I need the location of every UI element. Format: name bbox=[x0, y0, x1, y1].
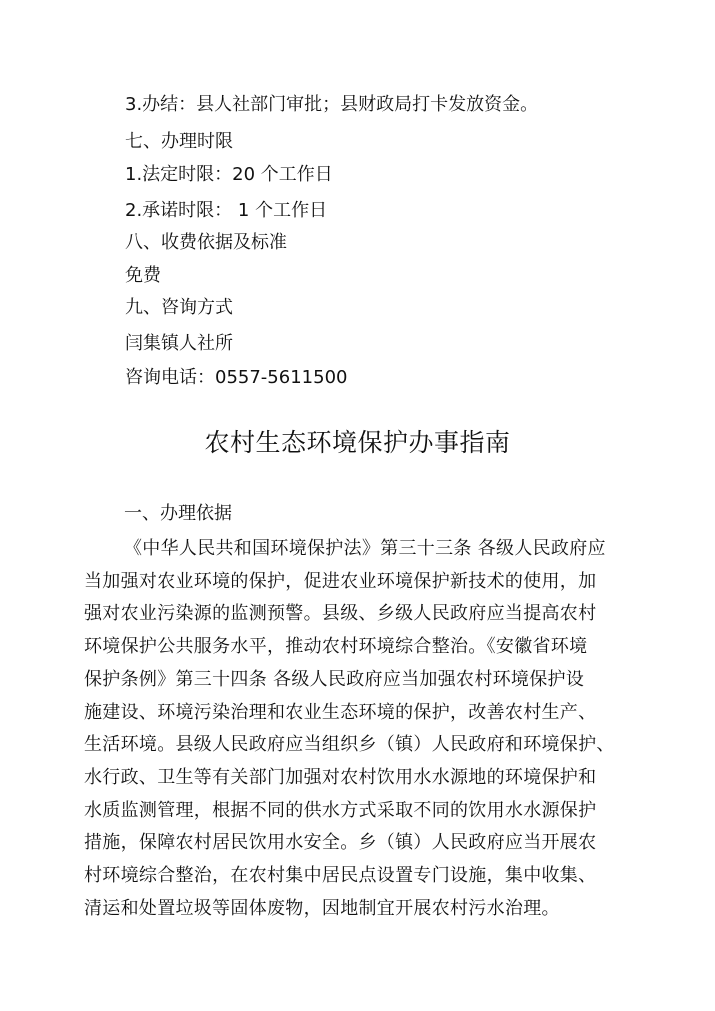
promised-time-limit: 2.承诺时限： 1 个工作日 bbox=[125, 200, 327, 222]
paragraph-line: 措施，保障农村居民饮用水安全。乡（镇）人民政府应当开展农 bbox=[84, 827, 632, 860]
paragraph-line: 施建设、环境污染治理和农业生态环境的保护，改善农村生产、 bbox=[84, 697, 632, 730]
paragraph-line: 生活环境。县级人民政府应当组织乡（镇）人民政府和环境保护、 bbox=[84, 729, 632, 762]
fee-text: 免费 bbox=[125, 265, 161, 287]
guide-title: 农村生态环境保护办事指南 bbox=[0, 428, 715, 458]
paragraph-line: 环境保护公共服务水平，推动农村环境综合整治。《安徽省环境 bbox=[84, 631, 632, 664]
legal-time-limit: 1.法定时限：20 个工作日 bbox=[125, 164, 333, 186]
paragraph-line: 强对农业污染源的监测预警。县级、乡级人民政府应当提高农村 bbox=[84, 598, 632, 631]
section-1-heading: 一、办理依据 bbox=[124, 503, 232, 525]
section-7-heading: 七、办理时限 bbox=[125, 131, 233, 153]
paragraph-line: 当加强对农业环境的保护，促进农业环境保护新技术的使用，加 bbox=[84, 566, 632, 599]
section-9-heading: 九、咨询方式 bbox=[125, 297, 233, 319]
section-8-heading: 八、收费依据及标准 bbox=[125, 232, 287, 254]
paragraph-line: 《中华人民共和国环境保护法》第三十三条 各级人民政府应 bbox=[84, 533, 632, 566]
paragraph-line: 水行政、卫生等有关部门加强对农村饮用水水源地的环境保护和 bbox=[84, 762, 632, 795]
basis-paragraph: 《中华人民共和国环境保护法》第三十三条 各级人民政府应 当加强对农业环境的保护，… bbox=[84, 533, 632, 925]
consult-phone: 咨询电话：0557-5611500 bbox=[125, 367, 347, 389]
office-name: 闫集镇人社所 bbox=[125, 333, 233, 355]
step-3-text: 3.办结：县人社部门审批；县财政局打卡发放资金。 bbox=[125, 94, 538, 116]
paragraph-line: 保护条例》第三十四条 各级人民政府应当加强农村环境保护设 bbox=[84, 664, 632, 697]
paragraph-line: 村环境综合整治，在农村集中居民点设置专门设施，集中收集、 bbox=[84, 860, 632, 893]
paragraph-line: 清运和处置垃圾等固体废物，因地制宜开展农村污水治理。 bbox=[84, 893, 632, 926]
paragraph-line: 水质监测管理，根据不同的供水方式采取不同的饮用水水源保护 bbox=[84, 795, 632, 828]
